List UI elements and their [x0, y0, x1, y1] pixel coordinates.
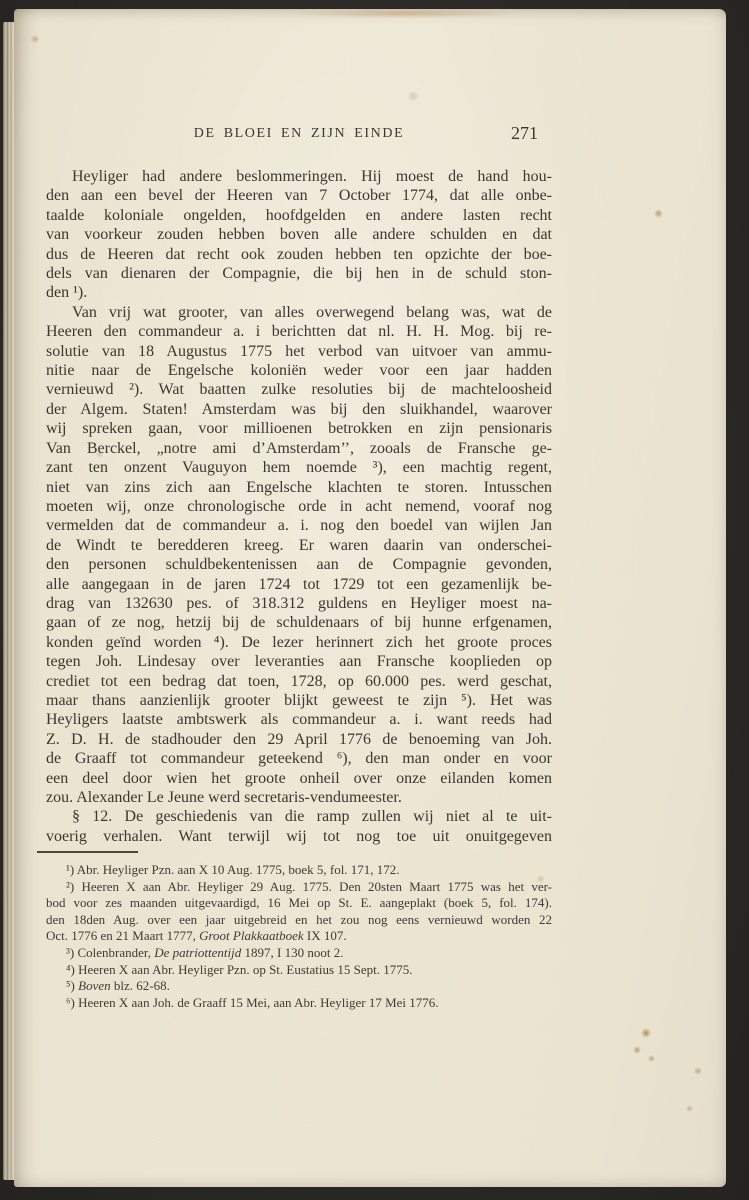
- text-line: solutie van 18 Augustus 1775 het verbod …: [46, 342, 552, 361]
- text-line: de Windt te beredderen kreeg. Er waren d…: [46, 536, 552, 555]
- footnote-line: Oct. 1776 en 21 Maart 1777, Groot Plakka…: [46, 928, 552, 945]
- text-line: nitie naar de Engelsche koloniën weder v…: [46, 361, 552, 380]
- text-line: een deel door wien het groote onheil ove…: [46, 769, 552, 788]
- text-line: Van Berckel, „notre ami d’Amsterdam’’, z…: [46, 439, 552, 458]
- foxing-spot: [633, 1046, 641, 1054]
- book-page: DE BLOEI EN ZIJN EINDE 271 Heyliger had …: [14, 9, 726, 1187]
- text-line: taalde koloniale ongelden, hoofdgelden e…: [46, 206, 552, 225]
- text-line: maar thans aanzienlijk grooter blijkt ge…: [46, 691, 552, 710]
- text-line: wij spreken gaan, voor millioenen betrok…: [46, 419, 552, 438]
- text-line: dus de Heeren dat recht ook zouden hebbe…: [46, 245, 552, 264]
- text-line: Van vrij wat grooter, van alles overwege…: [46, 303, 552, 322]
- footnote-line: ⁵) Boven blz. 62-68.: [46, 978, 552, 995]
- text-line: drag van 132630 pes. of 318.312 guldens …: [46, 594, 552, 613]
- text-line: Heyliger had andere beslommeringen. Hij …: [46, 167, 552, 186]
- footnote-line: ⁴) Heeren X aan Abr. Heyliger Pzn. op St…: [46, 962, 552, 979]
- text-line: den aan een bevel der Heeren van 7 Octob…: [46, 186, 552, 205]
- text-line: Heyligers laatste ambtswerk als commande…: [46, 710, 552, 729]
- foxing-spot: [641, 1028, 651, 1038]
- text-line: Z. D. H. de stadhouder den 29 April 1776…: [46, 730, 552, 749]
- text-line: de Graaff tot commandeur geteekend ⁶), d…: [46, 749, 552, 768]
- foxing-spot: [654, 209, 663, 218]
- foxing-spot: [30, 35, 40, 43]
- text-line: der Algem. Staten! Amsterdam was bij den…: [46, 400, 552, 419]
- footnote-line: ²) Heeren X aan Abr. Heyliger 29 Aug. 17…: [46, 879, 552, 896]
- text-line: zou. Alexander Le Jeune werd secretaris-…: [46, 788, 552, 807]
- running-head-title: DE BLOEI EN ZIJN EINDE: [46, 126, 552, 142]
- text-line: den personen schuldbekentenissen aan de …: [46, 555, 552, 574]
- text-line: vernieuwd ²). Wat baatten zulke resoluti…: [46, 380, 552, 399]
- text-line: zant ten onzent Vauguyon hem noemde ³), …: [46, 458, 552, 477]
- text-line: crediet tot een bedrag dat toen, 1728, o…: [46, 672, 552, 691]
- scanned-book-photo: { "colors": { "backdrop": "#2b2925", "pa…: [0, 0, 749, 1200]
- foxing-spot: [294, 9, 514, 18]
- text-line: den ¹).: [46, 283, 552, 302]
- foxing-spot: [694, 1067, 702, 1075]
- text-line: gaan of ze nog, hetzij bij de schuldenaa…: [46, 613, 552, 632]
- text-line: dels van dienaren der Compagnie, die bij…: [46, 264, 552, 283]
- footnote-separator: [37, 851, 138, 853]
- footnote-line: ³) Colenbrander, De patriottentijd 1897,…: [46, 945, 552, 962]
- footnote-line: bod voor zes maanden uitgevaardigd, 16 M…: [46, 895, 552, 912]
- foxing-spot: [406, 91, 420, 101]
- footnotes: ¹) Abr. Heyliger Pzn. aan X 10 Aug. 1775…: [46, 862, 552, 1011]
- text-line: konden geïnd worden ⁴). De lezer herinne…: [46, 633, 552, 652]
- page-number: 271: [511, 123, 538, 144]
- text-line: tegen Joh. Lindesay over leveranties aan…: [46, 652, 552, 671]
- text-line: Heeren den commandeur a. i berichtten da…: [46, 322, 552, 341]
- text-line: § 12. De geschiedenis van die ramp zulle…: [46, 807, 552, 826]
- footnote-line: ¹) Abr. Heyliger Pzn. aan X 10 Aug. 1775…: [46, 862, 552, 879]
- foxing-spot: [686, 1105, 693, 1112]
- page-header: DE BLOEI EN ZIJN EINDE 271: [46, 126, 552, 146]
- text-line: alle aangegaan in de jaren 1724 tot 1729…: [46, 575, 552, 594]
- body-text: Heyliger had andere beslommeringen. Hij …: [46, 167, 552, 846]
- text-line: niet van zins zich aan Engelsche klachte…: [46, 478, 552, 497]
- text-line: van voorkeur zouden hebben boven alle an…: [46, 225, 552, 244]
- foxing-spot: [648, 1055, 655, 1062]
- text-line: vermelden dat de commandeur a. i. nog de…: [46, 516, 552, 535]
- footnote-line: ⁶) Heeren X aan Joh. de Graaff 15 Mei, a…: [46, 995, 552, 1012]
- text-line: voerig verhalen. Want terwijl wij tot no…: [46, 827, 552, 846]
- footnote-line: den 18den Aug. over een jaar uitgebreid …: [46, 912, 552, 929]
- text-line: moeten wij, onze chronologische orde in …: [46, 497, 552, 516]
